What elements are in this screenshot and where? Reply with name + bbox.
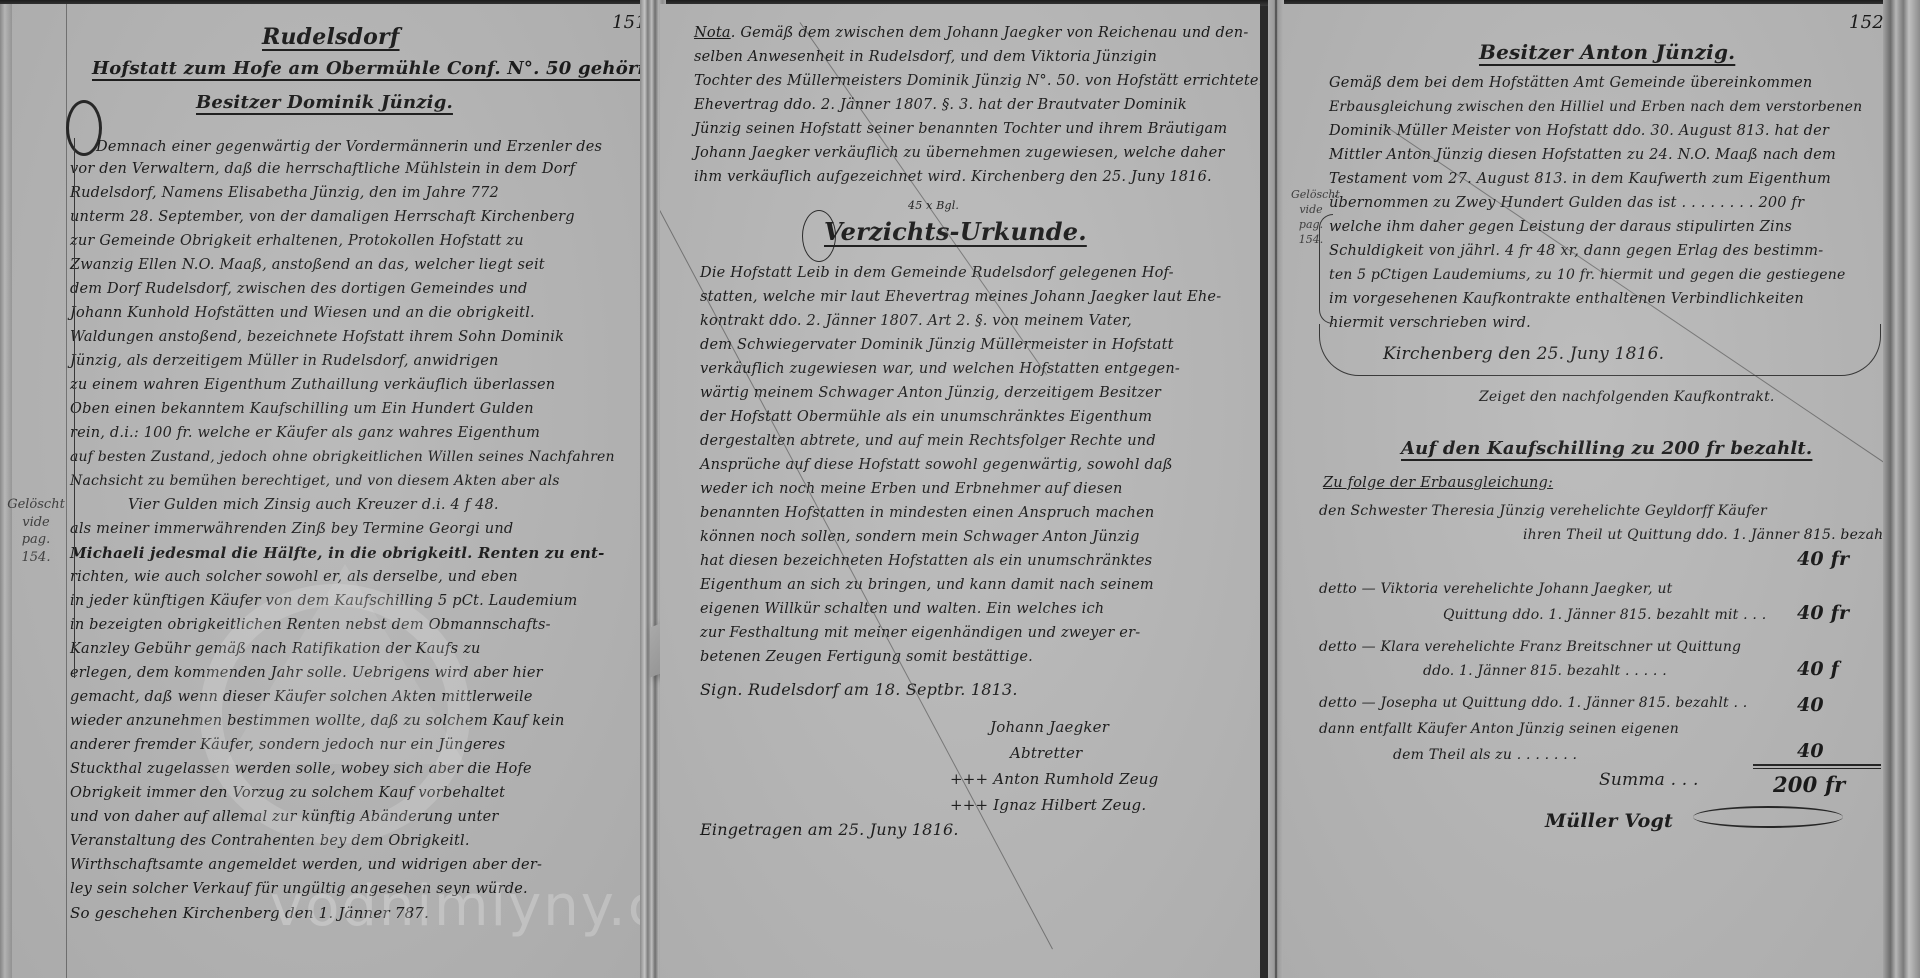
payment-line: detto — Klara verehelichte Franz Breitsc… [1319,640,1741,654]
margin-note-line: vide [1291,203,1331,218]
margin-note-line: pag. 154. [6,531,66,566]
text-line: im vorgesehenen Kaufkontrakte enthaltene… [1329,292,1804,307]
text-line: unterm 28. September, von der damaligen … [70,210,575,225]
payment-line: Quittung ddo. 1. Jänner 815. bezahlt mit… [1443,608,1766,622]
text-line: Schuldigkeit von jährl. 4 fr 48 xr, dann… [1329,244,1823,259]
nota-line: Tochter des Müllermeisters Dominik Jünzi… [694,74,1260,89]
text-line: Michaeli jedesmal die Hälfte, in die obr… [70,546,605,561]
text-line: Johann Kunhold Hofstätten und Wiesen und… [70,306,535,321]
text-line: betenen Zeugen Fertigung somit bestättig… [700,650,1033,665]
text-line: der Hofstatt Obermühle als ein unumschrä… [700,410,1152,425]
payment-prefix: detto — [1319,639,1376,655]
payments-title: Auf den Kaufschilling zu 200 fr bezahlt. [1401,440,1812,458]
page-subheading: Hofstatt zum Hofe am Obermühle Conf. N°.… [92,60,648,78]
text-line: welche ihm daher gegen Leistung der dara… [1329,220,1792,235]
text-line: dem Dorf Rudelsdorf, zwischen des dortig… [70,282,528,297]
payment-amount: 40 f [1797,658,1839,680]
payment-prefix: detto — [1319,695,1376,711]
stamp-note: 45 x Bgl. [908,200,959,211]
margin-rule [66,4,67,978]
signature: Abtretter [1010,746,1082,761]
nota-line: ihm verkäuflich aufgezeichnet wird. Kirc… [694,170,1212,185]
payment-text: Josepha ut Quittung ddo. 1. Jänner 815. … [1380,695,1747,711]
text-line: Testament vom 27. August 813. in dem Kau… [1329,172,1831,187]
left-page: 151 Rudelsdorf Hofstatt zum Hofe am Ober… [0,4,648,978]
text-line: zur Festhaltung mit meiner eigenhändigen… [700,626,1140,641]
book-page-edges [1883,0,1920,978]
text-line: eigenen Willkür schalten und walten. Ein… [700,602,1104,617]
page-heading: Besitzer Anton Jünzig. [1479,42,1735,62]
nota-line: Nota. Gemäß dem zwischen dem Johann Jaeg… [694,26,1248,41]
text-line: Jünzig, als derzeitigem Müller in Rudels… [70,354,499,369]
text-line: zur Gemeinde Obrigkeit erhaltenen, Proto… [70,234,524,249]
text-line: Zwanzig Ellen N.O. Maaß, anstoßend an da… [70,258,545,273]
text-line: Demnach einer gegenwärtig der Vordermänn… [96,140,602,155]
page-fold [1268,0,1284,978]
brace-note: Zeiget den nachfolgenden Kaufkontrakt. [1479,390,1775,404]
text-line: weder ich noch meine Erben und Erbnehmer… [700,482,1123,497]
watermark-logo-icon [225,564,465,764]
signing-date: Sign. Rudelsdorf am 18. Septbr. 1813. [700,682,1018,698]
sum-rule [1753,768,1881,769]
text-line: Dominik Müller Meister von Hofstatt ddo.… [1329,124,1829,139]
closing-brace [1319,324,1881,376]
payment-line: ddo. 1. Jänner 815. bezahlt . . . . . [1423,664,1667,678]
text-line: Vier Gulden mich Zinsig auch Kreuzer d.i… [128,498,499,513]
right-page: 152 Besitzer Anton Jünzig. Gemäß dem bei… [1283,4,1883,978]
text-line: rein, d.i.: 100 fr. welche er Käufer als… [70,426,540,441]
payment-line: den Schwester Theresia Jünzig verehelich… [1319,504,1767,518]
page-heading: Rudelsdorf [262,26,400,48]
nota-line: Jünzig seinen Hofstatt seiner benannten … [694,122,1227,137]
signature: +++ Ignaz Hilbert Zeug. [950,798,1146,813]
owner-line: Besitzer Dominik Jünzig. [196,94,453,112]
text-line: Erbausgleichung zwischen den Hilliel und… [1329,100,1862,114]
text-line: Die Hofstatt Leib in dem Gemeinde Rudels… [700,266,1174,281]
sum-rule [1753,764,1881,766]
text-line: übernommen zu Zwey Hundert Gulden das is… [1329,196,1804,211]
text-line: können noch sollen, sondern mein Schwage… [700,530,1140,545]
margin-note-line: Gelöscht [6,496,66,514]
text-line: statten, welche mir laut Ehevertrag mein… [700,290,1221,305]
margin-note-line: vide [6,514,66,532]
total-label: Summa . . . [1599,772,1699,789]
payments-intro: Zu folge der Erbausgleichung: [1323,476,1553,491]
nota-text: Gemäß dem zwischen dem Johann Jaegker vo… [740,25,1248,41]
text-line: Oben einen bekanntem Kaufschilling um Ei… [70,402,534,417]
payment-line: detto — Josepha ut Quittung ddo. 1. Jänn… [1319,696,1747,710]
signature-flourish-icon [1693,806,1843,828]
text-line: als meiner immerwährenden Zinß bey Termi… [70,522,513,537]
left-text-bracket [74,138,84,678]
book-spread: 151 Rudelsdorf Hofstatt zum Hofe am Ober… [0,0,1920,978]
nota-line: Johann Jaegker verkäuflich zu übernehmen… [694,146,1225,161]
payment-amount: 40 [1797,740,1824,762]
signature: Johann Jaegker [990,720,1109,735]
text-line: Eigenthum an sich zu bringen, und kann d… [700,578,1154,593]
text-line: kontrakt ddo. 2. Jänner 1807. Art 2. §. … [700,314,1132,329]
text-line: Rudelsdorf, Namens Elisabetha Jünzig, de… [70,186,499,201]
text-line: Wirthschaftsamte angemeldet werden, und … [70,858,542,873]
text-line: Gemäß dem bei dem Hofstätten Amt Gemeind… [1329,76,1812,91]
text-line: verkäuflich zugewiesen war, und welchen … [700,362,1180,377]
margin-note: Gelöscht vide pag. 154. [6,496,66,566]
payment-amount: 40 [1797,694,1824,716]
watermark-text: vodnimlyny.cz [270,874,648,939]
nota-line: selben Anwesenheit in Rudelsdorf, und de… [694,50,1157,65]
payment-line: dem Theil als zu . . . . . . . [1393,748,1577,762]
text-line: hat diesen bezeichneten Hofstatten als e… [700,554,1152,569]
payment-line: dann entfallt Käufer Anton Jünzig seinen… [1319,722,1679,736]
payment-amount: 40 fr [1797,602,1849,624]
margin-note-line: pag. 154. [1291,218,1331,248]
payment-prefix: detto — [1319,581,1376,597]
text-line: ten 5 pCtigen Laudemiums, zu 10 fr. hier… [1329,268,1845,282]
text-line: Nachsicht zu bemühen berechtiget, und vo… [70,474,560,488]
text-line: wärtig meinem Schwager Anton Jünzig, der… [700,386,1161,401]
payment-line: detto — Viktoria verehelichte Johann Jae… [1319,582,1673,596]
nota-line: Ehevertrag ddo. 2. Jänner 1807. §. 3. ha… [694,98,1187,113]
text-line: zu einem wahren Eigenthum Zuthaillung ve… [70,378,555,393]
page-number: 152 [1849,12,1883,33]
margin-note-line: Gelöscht [1291,188,1331,203]
signature: +++ Anton Rumhold Zeug [950,772,1158,787]
text-line: Mittler Anton Jünzig diesen Hofstatten z… [1329,148,1836,163]
payment-text: Viktoria verehelichte Johann Jaegker, ut [1380,581,1672,597]
text-line: auf besten Zustand, jedoch ohne obrigkei… [70,450,615,464]
nota-label: Nota [694,25,731,41]
text-line: vor den Verwaltern, daß die herrschaftli… [70,162,575,177]
text-line: dem Schwiegervater Dominik Jünzig Müller… [700,338,1174,353]
margin-note: Gelöscht vide pag. 154. [1291,188,1331,247]
payment-amount: 40 fr [1797,548,1849,570]
entry-date: Eingetragen am 25. Juny 1816. [700,822,959,838]
text-line: Veranstaltung des Contrahenten bey dem O… [70,834,470,849]
text-line: Ansprüche auf diese Hofstatt sowohl gege… [700,458,1173,473]
document-title: Verzichts-Urkunde. [824,220,1087,244]
text-line: dergestalten abtrete, und auf mein Recht… [700,434,1156,449]
text-line: Waldungen anstoßend, bezeichnete Hofstat… [70,330,564,345]
payment-line: ihren Theil ut Quittung ddo. 1. Jänner 8… [1523,528,1883,542]
text-line: benannten Hofstatten in mindesten einen … [700,506,1154,521]
page-edge [0,4,12,978]
payment-text: Klara verehelichte Franz Breitschner ut … [1380,639,1741,655]
middle-page: Nota. Gemäß dem zwischen dem Johann Jaeg… [660,4,1260,978]
closing-signature: Müller Vogt [1545,812,1673,831]
total-amount: 200 fr [1773,772,1845,797]
